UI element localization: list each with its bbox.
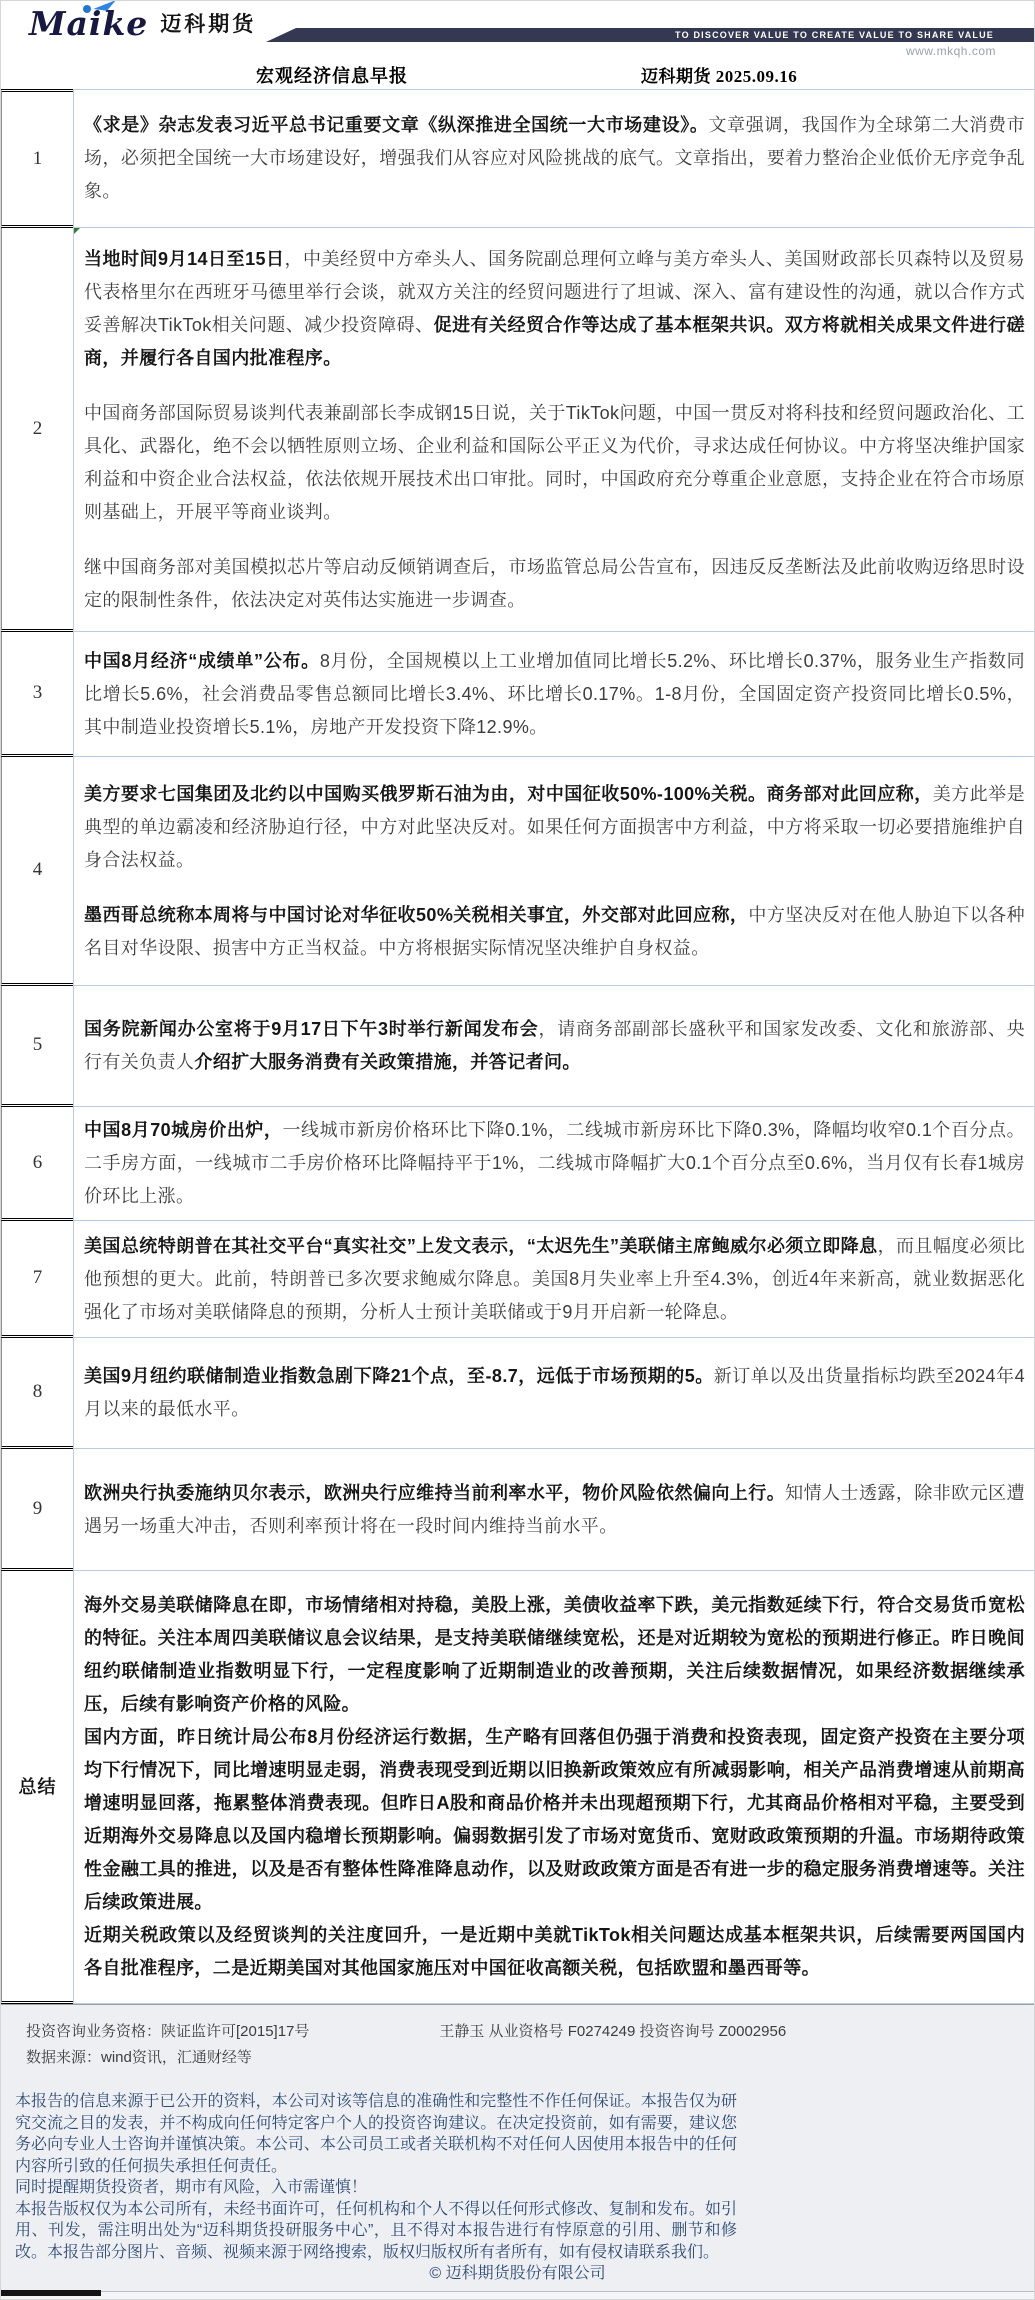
news-paragraph: 当地时间9月14日至15日，中美经贸中方牵头人、国务院副总理何立峰与美方牵头人、… xyxy=(84,243,1025,375)
row-content: 国务院新闻办公室将于9月17日下午3时举行新闻发布会，请商务部副部长盛秋平和国家… xyxy=(73,986,1035,1107)
highlighted-text: 墨西哥总统称本周将与中国讨论对华征收50%关税相关事宜，外交部对此回应称， xyxy=(84,905,748,925)
body-text: 继中国商务部对美国模拟芯片等启动反倾销调查后，市场监管总局公告宣布，因违反反垄断… xyxy=(84,557,1025,610)
report-row-1: 1《求是》杂志发表习近平总书记重要文章《纵深推进全国统一大市场建设》。文章强调，… xyxy=(1,89,1035,228)
slogan-banner: TO DISCOVER VALUE TO CREATE VALUE TO SHA… xyxy=(266,28,1034,42)
highlighted-text: 美国9月纽约联储制造业指数急剧下降21个点，至-8.7，远低于市场预期的5。 xyxy=(84,1366,714,1386)
report-row-6: 6中国8月70城房价出炉，一线城市新房价格环比下降0.1%，二线城市新房环比下降… xyxy=(1,1107,1035,1221)
row-content: 美国总统特朗普在其社交平台“真实社交”上发文表示，“太迟先生”美联储主席鲍威尔必… xyxy=(73,1221,1035,1338)
row-content: 海外交易美联储降息在即，市场情绪相对持稳，美股上涨，美债收益率下跌，美元指数延续… xyxy=(73,1571,1035,2004)
report-row-5: 5国务院新闻办公室将于9月17日下午3时举行新闻发布会，请商务部副部长盛秋平和国… xyxy=(1,986,1035,1107)
report-row-3: 3中国8月经济“成绩单”公布。8月份，全国规模以上工业增加值同比增长5.2%、环… xyxy=(1,632,1035,757)
license-number: 投资咨询业务资格：陕证监许可[2015]17号 xyxy=(26,2023,309,2040)
news-paragraph: 国务院新闻办公室将于9月17日下午3时举行新闻发布会，请商务部副部长盛秋平和国家… xyxy=(84,1013,1025,1079)
slogan-text: TO DISCOVER VALUE TO CREATE VALUE TO SHA… xyxy=(675,30,994,40)
highlighted-text: 中国8月经济“成绩单”公布。 xyxy=(84,651,320,671)
news-paragraph: 《求是》杂志发表习近平总书记重要文章《纵深推进全国统一大市场建设》。文章强调，我… xyxy=(84,109,1025,208)
title-bar: 宏观经济信息早报 迈科期货 2025.09.16 xyxy=(1,57,1034,89)
news-table: 1《求是》杂志发表习近平总书记重要文章《纵深推进全国统一大市场建设》。文章强调，… xyxy=(1,89,1035,2004)
news-paragraph: 中国8月70城房价出炉，一线城市新房价格环比下降0.1%，二线城市新房环比下降0… xyxy=(84,1114,1025,1213)
highlighted-text: 美国总统特朗普在其社交平台“真实社交”上发文表示，“太迟先生”美联储主席鲍威尔必… xyxy=(84,1236,878,1256)
report-header: Maike 迈科期货 TO DISCOVER VALUE TO CREATE V… xyxy=(1,1,1034,57)
news-paragraph: 继中国商务部对美国模拟芯片等启动反倾销调查后，市场监管总局公告宣布，因违反反垄断… xyxy=(84,551,1025,617)
row-number: 7 xyxy=(1,1221,73,1338)
news-paragraph: 欧洲央行执委施纳贝尔表示，欧洲央行应维持当前利率水平，物价风险依然偏向上行。知情… xyxy=(84,1477,1025,1543)
report-row-4: 4美方要求七国集团及北约以中国购买俄罗斯石油为由，对中国征收50%-100%关税… xyxy=(1,757,1035,986)
highlighted-text: 中国8月70城房价出炉， xyxy=(84,1120,283,1140)
row-content: 中国8月70城房价出炉，一线城市新房价格环比下降0.1%，二线城市新房环比下降0… xyxy=(73,1107,1035,1221)
row-content: 当地时间9月14日至15日，中美经贸中方牵头人、国务院副总理何立峰与美方牵头人、… xyxy=(73,228,1035,632)
highlighted-text: 欧洲央行执委施纳贝尔表示，欧洲央行应维持当前利率水平，物价风险依然偏向上行。 xyxy=(84,1483,785,1503)
body-text: 中国商务部国际贸易谈判代表兼副部长李成钢15日说，关于TikTok问题，中国一贯… xyxy=(84,403,1025,522)
row-number: 1 xyxy=(1,89,73,228)
report-row-7: 7美国总统特朗普在其社交平台“真实社交”上发文表示，“太迟先生”美联储主席鲍威尔… xyxy=(1,1221,1035,1338)
highlighted-text: 国内方面，昨日统计局公布8月份经济运行数据，生产略有回落但仍强于消费和投资表现，… xyxy=(84,1727,1025,1912)
report-row-总结: 总结海外交易美联储降息在即，市场情绪相对持稳，美股上涨，美债收益率下跌，美元指数… xyxy=(1,1571,1035,2004)
credential-line: 投资咨询业务资格：陕证监许可[2015]17号王静玉 从业资格号 F027424… xyxy=(26,2019,1034,2045)
row-content: 中国8月经济“成绩单”公布。8月份，全国规模以上工业增加值同比增长5.2%、环比… xyxy=(73,632,1035,757)
row-number: 4 xyxy=(1,757,73,986)
highlighted-text: 国务院新闻办公室将于9月17日下午3时举行新闻发布会 xyxy=(84,1019,539,1039)
row-number: 2 xyxy=(1,228,73,632)
data-source-line: 数据来源：wind资讯，汇通财经等 xyxy=(26,2045,1034,2071)
row-content: 欧洲央行执委施纳贝尔表示，欧洲央行应维持当前利率水平，物价风险依然偏向上行。知情… xyxy=(73,1449,1035,1571)
row-number: 总结 xyxy=(1,1571,73,2004)
macro-morning-report: Maike 迈科期货 TO DISCOVER VALUE TO CREATE V… xyxy=(0,0,1035,2300)
highlighted-text: 《求是》杂志发表习近平总书记重要文章《纵深推进全国统一大市场建设》。 xyxy=(84,115,708,135)
highlighted-text: 海外交易美联储降息在即，市场情绪相对持稳，美股上涨，美债收益率下跌，美元指数延续… xyxy=(84,1595,1025,1714)
disclaimer-block: 本报告的信息来源于已公开的资料，本公司对该等信息的准确性和完整性不作任何保证。本… xyxy=(15,2091,737,2263)
news-paragraph: 美方要求七国集团及北约以中国购买俄罗斯石油为由，对中国征收50%-100%关税。… xyxy=(84,778,1025,877)
news-paragraph: 近期关税政策以及经贸谈判的关注度回升，一是近期中美就TikTok相关问题达成基本… xyxy=(84,1919,1025,1985)
row-content: 美国9月纽约联储制造业指数急剧下降21个点，至-8.7，远低于市场预期的5。新订… xyxy=(73,1338,1035,1449)
comment-marker-icon xyxy=(74,228,80,234)
row-number: 5 xyxy=(1,986,73,1107)
row-content: 美方要求七国集团及北约以中国购买俄罗斯石油为由，对中国征收50%-100%关税。… xyxy=(73,757,1035,986)
row-number: 9 xyxy=(1,1449,73,1571)
page-title: 宏观经济信息早报 xyxy=(256,62,408,88)
bottom-strip xyxy=(1,2291,1034,2300)
company-website: www.mkqh.com xyxy=(906,44,996,58)
bottom-black-bar xyxy=(1,2290,101,2296)
news-paragraph: 美国9月纽约联储制造业指数急剧下降21个点，至-8.7，远低于市场预期的5。新订… xyxy=(84,1360,1025,1426)
highlighted-text: 美方要求七国集团及北约以中国购买俄罗斯石油为由，对中国征收50%-100%关税。… xyxy=(84,784,933,804)
copyright-line: © 迈科期货股份有限公司 xyxy=(1,2263,1034,2285)
row-number: 6 xyxy=(1,1107,73,1221)
analyst-info: 王静玉 从业资格号 F0274249 投资咨询号 Z0002956 xyxy=(439,2023,786,2040)
report-row-9: 9欧洲央行执委施纳贝尔表示，欧洲央行应维持当前利率水平，物价风险依然偏向上行。知… xyxy=(1,1449,1035,1571)
company-logo: Maike 迈科期货 xyxy=(29,7,256,41)
analyst-credentials: 投资咨询业务资格：陕证监许可[2015]17号王静玉 从业资格号 F027424… xyxy=(1,2005,1034,2071)
news-paragraph: 墨西哥总统称本周将与中国讨论对华征收50%关税相关事宜，外交部对此回应称，中方坚… xyxy=(84,899,1025,965)
disclaimer-paragraph: 本报告版权仅为本公司所有，未经书面许可，任何机构和个人不得以任何形式修改、复制和… xyxy=(15,2199,737,2264)
news-paragraph: 中国商务部国际贸易谈判代表兼副部长李成钢15日说，关于TikTok问题，中国一贯… xyxy=(84,397,1025,529)
row-number: 8 xyxy=(1,1338,73,1449)
report-row-2: 2当地时间9月14日至15日，中美经贸中方牵头人、国务院副总理何立峰与美方牵头人… xyxy=(1,228,1035,632)
disclaimer-paragraph: 同时提醒期货投资者，期市有风险，入市需谨慎！ xyxy=(15,2177,737,2199)
news-paragraph: 国内方面，昨日统计局公布8月份经济运行数据，生产略有回落但仍强于消费和投资表现，… xyxy=(84,1721,1025,1919)
logo-dot-icon xyxy=(83,5,91,13)
brand-and-date: 迈科期货 2025.09.16 xyxy=(641,62,797,87)
highlighted-text: 近期关税政策以及经贸谈判的关注度回升，一是近期中美就TikTok相关问题达成基本… xyxy=(84,1925,1025,1978)
news-paragraph: 中国8月经济“成绩单”公布。8月份，全国规模以上工业增加值同比增长5.2%、环比… xyxy=(84,645,1025,744)
row-content: 《求是》杂志发表习近平总书记重要文章《纵深推进全国统一大市场建设》。文章强调，我… xyxy=(73,89,1035,228)
news-paragraph: 美国总统特朗普在其社交平台“真实社交”上发文表示，“太迟先生”美联储主席鲍威尔必… xyxy=(84,1230,1025,1329)
report-row-8: 8美国9月纽约联储制造业指数急剧下降21个点，至-8.7，远低于市场预期的5。新… xyxy=(1,1338,1035,1449)
highlighted-text: 当地时间9月14日至15日 xyxy=(84,249,285,269)
disclaimer-paragraph: 本报告的信息来源于已公开的资料，本公司对该等信息的准确性和完整性不作任何保证。本… xyxy=(15,2091,737,2177)
highlighted-text: 介绍扩大服务消费有关政策措施，并答记者问。 xyxy=(194,1052,580,1072)
report-footer: 投资咨询业务资格：陕证监许可[2015]17号王静玉 从业资格号 F027424… xyxy=(1,2004,1034,2300)
row-number: 3 xyxy=(1,632,73,757)
news-paragraph: 海外交易美联储降息在即，市场情绪相对持稳，美股上涨，美债收益率下跌，美元指数延续… xyxy=(84,1589,1025,1721)
logo-company-name: 迈科期货 xyxy=(160,8,256,41)
